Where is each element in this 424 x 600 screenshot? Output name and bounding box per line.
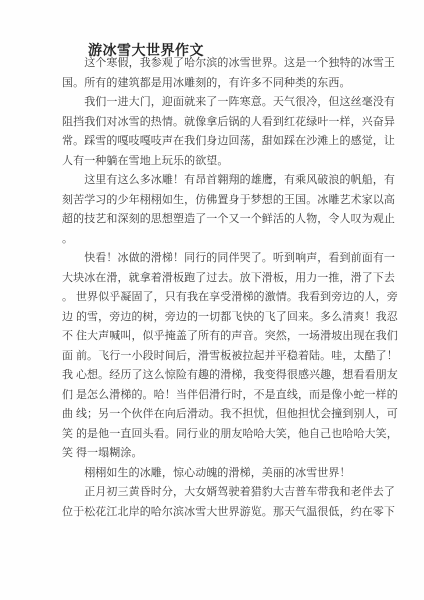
text-line: 我 心想。经历了这么惊险有趣的滑梯，我变得很感兴趣，想看看朋友 xyxy=(62,366,376,386)
text-line: 笑 得一塌糊涂。 xyxy=(62,444,376,464)
text-line: 这里有这么多冰雕！有昂首翱翔的雄鹰，有乘风破浪的帆船，有 xyxy=(62,171,376,191)
text-line: 快看！冰做的滑梯！同行的同伴哭了。听到响声，看到前面有一 xyxy=(62,249,376,269)
text-line: 超的技艺和深刻的思想塑造了一个又一个鲜活的人物，令人叹为观止 xyxy=(62,210,376,230)
text-line: 常。踩雪的嘎吱嘎吱声在我们身边回荡，甜如踩在沙滩上的感觉，让 xyxy=(62,132,376,152)
text-line: 我们一进大门，迎面就来了一阵寒意。天气很冷，但这丝毫没有 xyxy=(62,93,376,113)
text-line: 们 是怎么滑梯的。哈！当伴侣滑行时，不是直线，而是像小蛇一样的 xyxy=(62,386,376,406)
text-line: 刻苦学习的少年栩栩如生，仿佛置身于梦想的王国。冰雕艺术家以高 xyxy=(62,191,376,211)
text-line: 。 世界似乎凝固了，只有我在享受滑梯的激情。我看到旁边的人，旁 xyxy=(62,288,376,308)
text-line: 位于松花江北岸的哈尔滨冰雪大世界游览。那天气温很低，约在零下 xyxy=(62,503,376,523)
text-line: 边 的雪，旁边的树，旁边的一切都飞快的飞了回来。多么清爽！我忍 xyxy=(62,308,376,328)
text-line: 笑 的是他一直回头看。同行业的朋友哈哈大笑，他自己也哈哈大笑， xyxy=(62,425,376,445)
text-line: 这个寒假，我参观了哈尔滨的冰雪世界。这是一个独特的冰雪王 xyxy=(62,54,376,74)
text-line: 正月初三黄昏时分，大女婿驾驶着猎豹大吉普车带我和老伴去了 xyxy=(62,483,376,503)
text-line: 人有一种躺在雪地上玩乐的欲望。 xyxy=(62,152,376,172)
text-line: 曲 线；另一个伙伴在向后滑动。我不担忧，但他担忧会撞到别人，可 xyxy=(62,405,376,425)
text-line: 大块冰在滑，就拿着滑板跑了过去。放下滑板，用力一推，滑了下去 xyxy=(62,269,376,289)
text-line: 栩栩如生的冰雕，惊心动魄的滑梯，美丽的冰雪世界！ xyxy=(62,464,376,484)
essay-body: 这个寒假，我参观了哈尔滨的冰雪世界。这是一个独特的冰雪王 国。所有的建筑都是用冰… xyxy=(62,54,376,522)
text-line: 不 住大声喊叫，似乎掩盖了所有的声音。突然，一场滑坡出现在我们 xyxy=(62,327,376,347)
document-page: 游冰雪大世界作文 这个寒假，我参观了哈尔滨的冰雪世界。这是一个独特的冰雪王 国。… xyxy=(0,0,424,600)
text-line: 国。所有的建筑都是用冰雕刻的，有许多不同种类的东西。 xyxy=(62,74,376,94)
text-line: 。 xyxy=(62,230,376,250)
text-line: 阻挡我们对冰雪的热情。就像拿后锅的人看到红花绿叶一样，兴奋异 xyxy=(62,113,376,133)
text-line: 面 前。飞行一小段时间后，滑雪板被拉起并平稳着陆。哇，太酷了！ xyxy=(62,347,376,367)
